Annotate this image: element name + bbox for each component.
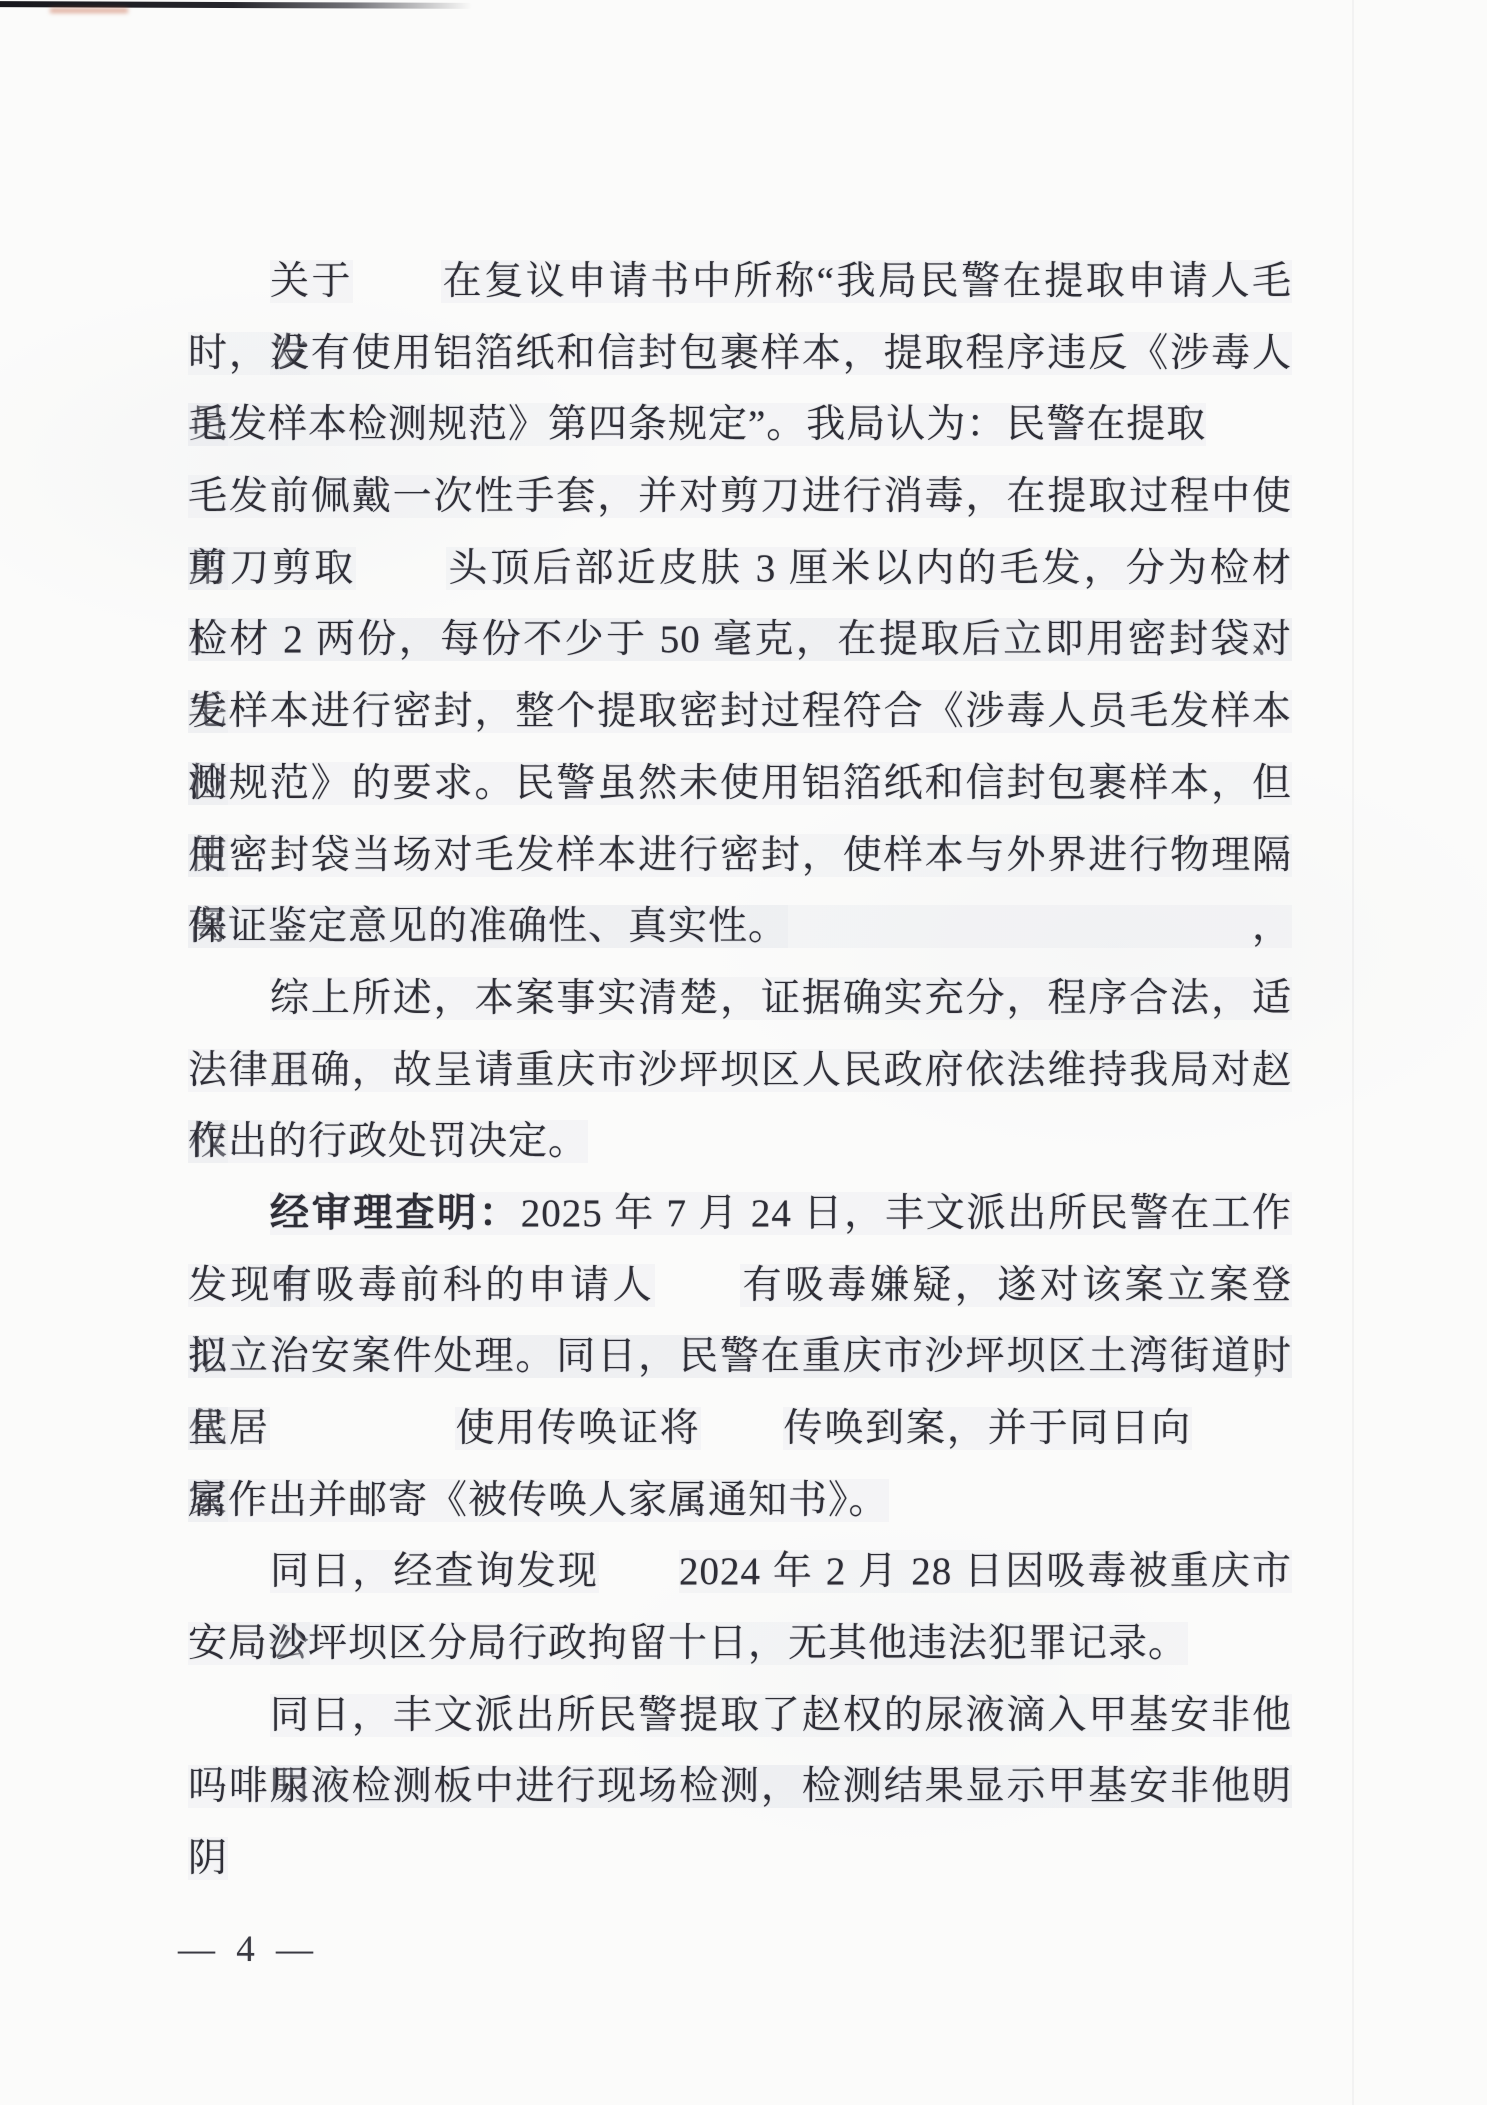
redaction-gap [1192,1402,1292,1441]
scan-streak-artifact [1352,0,1354,2105]
text-segment: 关于 [270,260,353,303]
text-line: 同日，丰文派出所民警提取了赵权的尿液滴入甲基安非他明、 [188,1680,1292,1752]
redaction-gap [356,542,446,581]
text-segment: 属作出并邮寄《被传唤人家属通知书》。 [188,1479,889,1522]
text-line: 测规范》的要求。民警虽然未使用铝箔纸和信封包裹样本，但使 [188,748,1292,820]
text-segment: 保证鉴定意见的准确性、真实性。 [188,905,788,948]
text-segment: 同日，经查询发现 [270,1550,599,1593]
text-line: 同日，经查询发现2024 年 2 月 28 日因吸毒被重庆市公 [188,1536,1292,1608]
text-line: 属作出并邮寄《被传唤人家属通知书》。 [188,1465,1292,1537]
text-line: 安局沙坪坝区分局行政拘留十日，无其他违法犯罪记录。 [188,1608,1292,1680]
text-segment: 发现有吸毒前科的申请人 [188,1264,655,1307]
redaction-gap [655,1259,740,1298]
emphasis-text: 经审理查明： [270,1192,521,1235]
scan-smear-artifact [50,8,128,13]
text-line: 用密封袋当场对毛发样本进行密封，使样本与外界进行物理隔离， [188,820,1292,892]
redaction-gap [701,1402,783,1441]
text-segment: 安局沙坪坝区分局行政拘留十日，无其他违法犯罪记录。 [188,1622,1188,1665]
document-body: 关于在复议申请书中所称“我局民警在提取申请人毛发时，没有使用铝箔纸和信封包裹样本… [188,246,1292,1823]
text-line: 拟立治安案件处理。同日，民警在重庆市沙坪坝区土湾街道时代 [188,1321,1292,1393]
text-line: 关于在复议申请书中所称“我局民警在提取申请人毛发 [188,246,1292,318]
text-line: 经审理查明：2025 年 7 月 24 日，丰文派出所民警在工作中 [188,1178,1292,1250]
text-line: 吗啡尿液检测板中进行现场检测，检测结果显示甲基安非他明阴 [188,1751,1292,1823]
text-segment: 吗啡尿液检测板中进行现场检测，检测结果显示甲基安非他明阴 [188,1765,1292,1880]
text-segment: 剪刀剪取 [188,547,356,590]
text-line: 星居使用传唤证将传唤到案，并于同日向家 [188,1393,1292,1465]
text-line: 综上所述，本案事实清楚，证据确实充分，程序合法，适用 [188,963,1292,1035]
text-line: 发样本进行密封，整个提取密封过程符合《涉毒人员毛发样本检 [188,676,1292,748]
text-line: 法律正确，故呈请重庆市沙坪坝区人民政府依法维持我局对赵权 [188,1035,1292,1107]
text-segment: 使用传唤证将 [455,1407,701,1450]
redaction-gap [353,255,441,294]
page-number: — 4 — [178,1928,319,1971]
redaction-gap [599,1545,679,1584]
text-line: 发现有吸毒前科的申请人有吸毒嫌疑，遂对该案立案登记， [188,1250,1292,1322]
text-line: 剪刀剪取头顶后部近皮肤 3 厘米以内的毛发，分为检材 1、 [188,533,1292,605]
document-page: 关于在复议申请书中所称“我局民警在提取申请人毛发时，没有使用铝箔纸和信封包裹样本… [0,0,1487,2105]
text-line: 作出的行政处罚决定。 [188,1106,1292,1178]
text-segment: 作出的行政处罚决定。 [188,1120,588,1163]
text-segment: 毛发样本检测规范》第四条规定”。我局认为：民警在提取 [188,403,1206,446]
text-segment: 星居 [188,1407,270,1450]
text-line: 时，没有使用铝箔纸和信封包裹样本，提取程序违反《涉毒人员 [188,318,1292,390]
redaction-gap [270,1402,455,1441]
text-line: 毛发样本检测规范》第四条规定”。我局认为：民警在提取 [188,389,1292,461]
text-line: 毛发前佩戴一次性手套，并对剪刀进行消毒，在提取过程中使用 [188,461,1292,533]
text-segment: 传唤到案，并于同日向 [783,1407,1192,1450]
text-line: 检材 2 两份，每份不少于 50 毫克，在提取后立即用密封袋对毛 [188,604,1292,676]
